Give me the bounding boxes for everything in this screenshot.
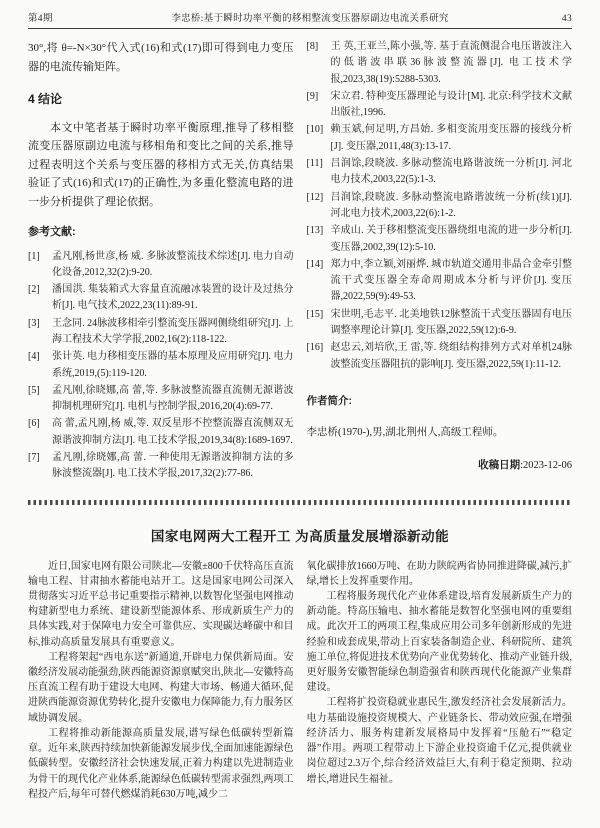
received-date-line: 收稿日期:2023-12-06	[307, 457, 573, 474]
reference-number: [11]	[307, 156, 331, 189]
reference-text: 张计英. 电力移相变压器的基本原理及应用研究[J]. 电力系统,2019,(5)…	[52, 349, 294, 382]
journal-page: 第4期 李忠桥:基于瞬时功率平衡的移相整流变压器原副边电流关系研究 43 30°…	[0, 0, 600, 828]
news-paragraph: 工程将架起“西电东送”新通道,开辟电力保供新局面。安徽经济发展动能强劲,陕西能源…	[28, 650, 294, 726]
reference-item: [9] 宋立君. 特种变压器理论与设计[M]. 北京:科学技术文献出版社,199…	[307, 89, 573, 122]
article-columns: 30°,将 θ=-N×30°代入式(16)和式(17)即可得到电力变压器的电流传…	[28, 39, 572, 484]
reference-text: 宋立君. 特种变压器理论与设计[M]. 北京:科学技术文献出版社,1996.	[331, 89, 573, 122]
reference-text: 王 英,王亚兰,陈小强,等. 基于直流侧混合电压谐波注入的低谐波串联36脉波整流…	[331, 39, 573, 88]
reference-number: [15]	[307, 307, 331, 340]
page-header: 第4期 李忠桥:基于瞬时功率平衡的移相整流变压器原副边电流关系研究 43	[28, 10, 572, 29]
reference-number: [14]	[307, 257, 331, 306]
running-title: 李忠桥:基于瞬时功率平衡的移相整流变压器原副边电流关系研究	[88, 10, 532, 24]
reference-number: [3]	[28, 316, 52, 349]
reference-text: 郑力中,李立颖,刘丽烨. 城市轨道交通用非晶合金牵引整流干式变压器全寿命周期成本…	[331, 257, 573, 306]
received-value: :2023-12-06	[520, 460, 572, 471]
news-title: 国家电网两大工程开工 为高质量发展增添新动能	[28, 525, 572, 545]
author-heading: 作者简介:	[307, 393, 573, 410]
reference-number: [6]	[28, 416, 52, 449]
reference-item: [8] 王 英,王亚兰,陈小强,等. 基于直流侧混合电压谐波注入的低谐波串联36…	[307, 39, 573, 88]
reference-text: 赖玉斌,何足明,方昌始. 多相变流用变压器的接线分析[J]. 变压器,2011,…	[331, 122, 573, 155]
received-label: 收稿日期	[478, 459, 520, 471]
author-bio: 李忠桥(1970-),男,湖北荆州人,高级工程师。	[307, 424, 573, 441]
reference-item: [10] 赖玉斌,何足明,方昌始. 多相变流用变压器的接线分析[J]. 变压器,…	[307, 122, 573, 155]
reference-text: 高 蕾,孟凡刚,杨 威,等. 双反星形不控整流器直流侧双无源谐波抑制方法[J].…	[52, 416, 294, 449]
reference-number: [8]	[307, 39, 331, 88]
news-columns: 近日,国家电网有限公司陕北—安徽±800千伏特高压直流输电工程、甘肃抽水蓄能电站…	[28, 559, 572, 802]
conclusion-heading: 4 结论	[28, 90, 294, 109]
reference-text: 潘国洪. 集装箱式大容量直流融冰装置的设计及过热分析[J]. 电气技术,2022…	[52, 282, 294, 315]
reference-number: [5]	[28, 383, 52, 416]
reference-text: 吕润馀,段晓波. 多脉动整流电路谐波统一分析(续1)[J]. 河北电力技术,20…	[331, 190, 573, 223]
lead-paragraph: 30°,将 θ=-N×30°代入式(16)和式(17)即可得到电力变压器的电流传…	[28, 39, 294, 76]
reference-item: [16] 赵忠云,刘培欣,王 雷,等. 绕组结构排列方式对单机24脉波整流变压器…	[307, 340, 573, 373]
author-block: 作者简介: 李忠桥(1970-),男,湖北荆州人,高级工程师。 收稿日期:202…	[307, 393, 573, 474]
reference-item: [2] 潘国洪. 集装箱式大容量直流融冰装置的设计及过热分析[J]. 电气技术,…	[28, 282, 294, 315]
reference-number: [13]	[307, 223, 331, 256]
reference-item: [15] 宋世明,毛志平. 北美地铁12脉整流干式变压器固有电压调整率理论计算[…	[307, 307, 573, 340]
reference-number: [4]	[28, 349, 52, 382]
reference-text: 吕润馀,段晓波. 多脉动整流电路谐波统一分析[J]. 河北电力技术,2003,2…	[331, 156, 573, 189]
references-heading: 参考文献:	[28, 223, 294, 242]
news-right-column: 氧化碳排放1660万吨、在助力陕皖两省协同推进降碳,减污,扩绿,增长上发挥重要作…	[307, 559, 573, 802]
reference-text: 宋世明,毛志平. 北美地铁12脉整流干式变压器固有电压调整率理论计算[J]. 变…	[331, 307, 573, 340]
reference-number: [1]	[28, 249, 52, 282]
reference-text: 王念同. 24脉波移相牵引整流变压器网侧绕组研究[J]. 上海工程技术大学学报,…	[52, 316, 294, 349]
issue-label: 第4期	[28, 10, 88, 24]
reference-item: [13] 辛成山. 关于移相整流变压器绕组电流的进一步分析[J]. 变压器,20…	[307, 223, 573, 256]
news-paragraph: 工程将推动新能源高质量发展,谱写绿色低碳转型新篇章。近年来,陕西持续加快新能源发…	[28, 726, 294, 802]
news-left-column: 近日,国家电网有限公司陕北—安徽±800千伏特高压直流输电工程、甘肃抽水蓄能电站…	[28, 559, 294, 802]
news-paragraph: 工程将扩投资稳就业惠民生,激发经济社会发展新活力。电力基础设施投资规模大、产业链…	[307, 695, 573, 786]
reference-number: [10]	[307, 122, 331, 155]
reference-item: [5] 孟凡刚,徐晓娜,高 蕾,等. 多脉波整流器直流侧无源谐波抑制机理研究[J…	[28, 383, 294, 416]
reference-item: [4] 张计英. 电力移相变压器的基本原理及应用研究[J]. 电力系统,2019…	[28, 349, 294, 382]
reference-item: [11] 吕润馀,段晓波. 多脉动整流电路谐波统一分析[J]. 河北电力技术,2…	[307, 156, 573, 189]
reference-item: [7] 孟凡刚,徐晓娜,高 蕾. 一种使用无源谐波抑制方法的多脉波整流器[J].…	[28, 450, 294, 483]
reference-text: 赵忠云,刘培欣,王 雷,等. 绕组结构排列方式对单机24脉波整流变压器阻抗的影响…	[331, 340, 573, 373]
reference-item: [14] 郑力中,李立颖,刘丽烨. 城市轨道交通用非晶合金牵引整流干式变压器全寿…	[307, 257, 573, 306]
reference-text: 孟凡刚,徐晓娜,高 蕾. 一种使用无源谐波抑制方法的多脉波整流器[J]. 电工技…	[52, 450, 294, 483]
reference-item: [6] 高 蕾,孟凡刚,杨 威,等. 双反星形不控整流器直流侧双无源谐波抑制方法…	[28, 416, 294, 449]
reference-text: 辛成山. 关于移相整流变压器绕组电流的进一步分析[J]. 变压器,2002,39…	[331, 223, 573, 256]
reference-item: [3] 王念同. 24脉波移相牵引整流变压器网侧绕组研究[J]. 上海工程技术大…	[28, 316, 294, 349]
section-divider	[28, 500, 572, 505]
news-paragraph: 工程将服务现代化产业体系建设,培育发展新质生产力的新动能。特高压输电、抽水蓄能是…	[307, 589, 573, 695]
reference-item: [1] 孟凡刚,杨世彦,杨 威. 多脉波整流技术综述[J]. 电力自动化设备,2…	[28, 249, 294, 282]
reference-number: [2]	[28, 282, 52, 315]
news-paragraph: 近日,国家电网有限公司陕北—安徽±800千伏特高压直流输电工程、甘肃抽水蓄能电站…	[28, 559, 294, 650]
conclusion-paragraph: 本文中笔者基于瞬时功率平衡原理,推导了移相整流变压器原副边电流与移相角和变比之间…	[28, 119, 294, 212]
right-column: [8] 王 英,王亚兰,陈小强,等. 基于直流侧混合电压谐波注入的低谐波串联36…	[307, 39, 573, 484]
page-number: 43	[532, 14, 572, 24]
news-paragraph: 氧化碳排放1660万吨、在助力陕皖两省协同推进降碳,减污,扩绿,增长上发挥重要作…	[307, 559, 573, 589]
reference-item: [12] 吕润馀,段晓波. 多脉动整流电路谐波统一分析(续1)[J]. 河北电力…	[307, 190, 573, 223]
reference-number: [12]	[307, 190, 331, 223]
reference-text: 孟凡刚,徐晓娜,高 蕾,等. 多脉波整流器直流侧无源谐波抑制机理研究[J]. 电…	[52, 383, 294, 416]
reference-number: [9]	[307, 89, 331, 122]
reference-number: [16]	[307, 340, 331, 373]
reference-number: [7]	[28, 450, 52, 483]
left-column: 30°,将 θ=-N×30°代入式(16)和式(17)即可得到电力变压器的电流传…	[28, 39, 294, 484]
reference-text: 孟凡刚,杨世彦,杨 威. 多脉波整流技术综述[J]. 电力自动化设备,2012,…	[52, 249, 294, 282]
